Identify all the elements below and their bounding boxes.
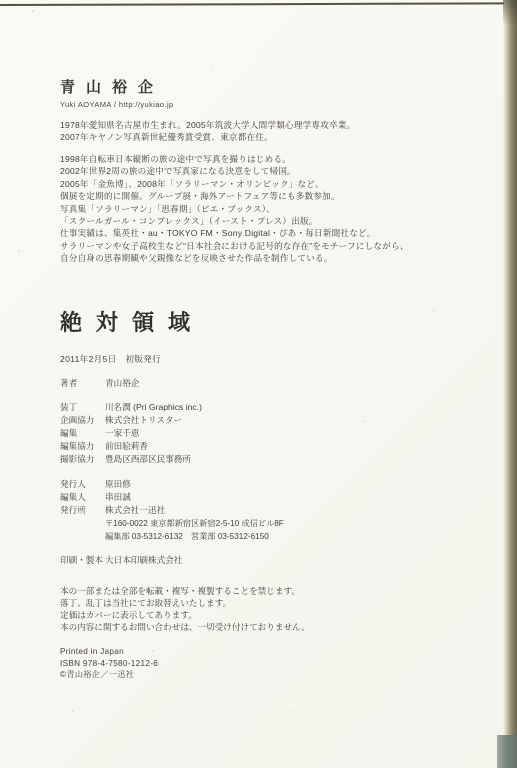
author-bio-statement: サラリーマンや女子高校生など“日本社会における記号的な存在”をモチーフにしながら… bbox=[60, 240, 409, 265]
bio-line: サラリーマンや女子高校生など“日本社会における記号的な存在”をモチーフにしながら… bbox=[60, 240, 409, 252]
credit-value: 青山裕企 bbox=[105, 377, 139, 390]
credit-label: 編集協力 bbox=[60, 440, 105, 453]
publisher-address-block: 〒160-0022 東京都新宿区新宿2-5-10 成信ビル8F 編集部 03-5… bbox=[105, 517, 284, 543]
credit-value: 串田誠 bbox=[105, 491, 131, 504]
credit-row-editor-person: 編集人 串田誠 bbox=[60, 491, 165, 504]
credit-label: 印刷・製本 bbox=[60, 554, 105, 567]
credit-value: 大日本印刷株式会社 bbox=[105, 554, 182, 567]
credit-label: 著者 bbox=[60, 377, 105, 390]
bio-line: 写真集「ソラリーマン」「思春期」（ピエ・ブックス）、 bbox=[60, 203, 376, 215]
credit-value: 一家千恵 bbox=[105, 427, 139, 440]
author-bio-career: 1998年自転車日本縦断の旅の途中で写真を撮りはじめる。 2002年世界2周の旅… bbox=[60, 153, 376, 240]
credit-label: 撮影協力 bbox=[60, 453, 105, 466]
credit-value: 原田修 bbox=[105, 478, 131, 491]
isbn-line: ISBN 978-4-7580-1212-6 bbox=[60, 658, 158, 670]
book-title: 絶対領域 bbox=[60, 306, 204, 337]
credits-block: 装丁 川名潤 (Pri Graphics inc.) 企画協力 株式会社トリスタ… bbox=[60, 401, 202, 466]
legal-notices-block: 本の一部または全部を転載・複写・複製することを禁じます。 落丁、乱丁は当社にてお… bbox=[60, 586, 310, 634]
credit-row-publisher-person: 発行人 原田修 bbox=[60, 478, 165, 491]
paper-noise-specks bbox=[32, 10, 34, 12]
imprint-footer-block: Printed in Japan ISBN 978-4-7580-1212-6 … bbox=[60, 646, 158, 681]
author-romaji-url: Yuki AOYAMA / http://yukiao.jp bbox=[60, 100, 174, 109]
bio-line: 2007年キヤノン写真新世紀優秀賞受賞、東京都在住。 bbox=[60, 131, 355, 143]
publisher-address-line: 〒160-0022 東京都新宿区新宿2-5-10 成信ビル8F bbox=[105, 517, 284, 530]
credit-row-editing-support: 編集協力 前田絵莉香 bbox=[60, 440, 202, 453]
credit-label: 編集 bbox=[60, 427, 105, 440]
bio-line: 個展を定期的に開催。グループ展・海外アートフェア等にも多数参加。 bbox=[60, 190, 376, 202]
book-edge-shadow-top bbox=[503, 0, 517, 26]
credit-row-printing: 印刷・製本 大日本印刷株式会社 bbox=[60, 554, 182, 567]
credit-row-design: 装丁 川名潤 (Pri Graphics inc.) bbox=[60, 401, 202, 414]
credit-label: 発行所 bbox=[60, 504, 105, 517]
printed-in-line: Printed in Japan bbox=[60, 646, 158, 658]
credit-label: 発行人 bbox=[60, 478, 105, 491]
edition-date-line: 2011年2月5日 初版発行 bbox=[60, 353, 161, 365]
scan-edge-top-line bbox=[0, 2, 517, 6]
credit-row-photo-support: 撮影協力 豊島区西部区民事務所 bbox=[60, 453, 202, 466]
credit-value: 前田絵莉香 bbox=[105, 440, 148, 453]
credit-row-editing: 編集 一家千恵 bbox=[60, 427, 202, 440]
credit-value: 川名潤 (Pri Graphics inc.) bbox=[105, 401, 202, 414]
credit-value: 株式会社一迅社 bbox=[105, 504, 165, 517]
bio-line: 2002年世界2周の旅の途中で写真家になる決意をして帰国。 bbox=[60, 165, 376, 177]
bio-line: 自分自身の思春期観や父親像などを反映させた作品を制作している。 bbox=[60, 252, 409, 264]
author-name: 青山裕企 bbox=[60, 76, 164, 97]
credit-label: 企画協力 bbox=[60, 414, 105, 427]
bio-line: 「スクールガール・コンプレックス」（イースト・プレス）出版。 bbox=[60, 215, 376, 227]
copyright-line: ©青山裕企／一迅社 bbox=[60, 669, 158, 681]
bio-line: 1978年愛知県名古屋市生まれ。2005年筑波大学人間学類心理学専攻卒業。 bbox=[60, 119, 355, 131]
credit-row-author: 著者 青山裕企 bbox=[60, 377, 139, 390]
credit-row-planning: 企画協力 株式会社トリスター bbox=[60, 414, 202, 427]
author-bio-intro: 1978年愛知県名古屋市生まれ。2005年筑波大学人間学類心理学専攻卒業。 20… bbox=[60, 119, 355, 144]
credit-value: 豊島区西部区民事務所 bbox=[105, 453, 191, 466]
bio-line: 仕事実績は、集英社・au・TOKYO FM・Sony Digital・ぴあ・毎日… bbox=[60, 227, 376, 239]
bio-line: 2005年「金魚博」、2008年「ソラリーマン・オリンピック」など、 bbox=[60, 178, 376, 190]
notice-line: 落丁、乱丁は当社にてお取替えいたします。 bbox=[60, 598, 310, 610]
credit-label: 編集人 bbox=[60, 491, 105, 504]
credit-value: 株式会社トリスター bbox=[105, 414, 182, 427]
notice-line: 定価はカバーに表示してあります。 bbox=[60, 610, 310, 622]
publishing-block: 発行人 原田修 編集人 串田誠 発行所 株式会社一迅社 bbox=[60, 478, 165, 517]
publisher-phone-line: 編集部 03-5312-6132 営業部 03-5312-6150 bbox=[105, 530, 284, 543]
notice-line: 本の内容に関するお問い合わせは、一切受け付けておりません。 bbox=[60, 622, 310, 634]
bio-line: 1998年自転車日本縦断の旅の途中で写真を撮りはじめる。 bbox=[60, 153, 376, 165]
credit-label: 装丁 bbox=[60, 401, 105, 414]
credit-row-publisher-company: 発行所 株式会社一迅社 bbox=[60, 504, 165, 517]
book-edge-shadow bbox=[503, 0, 517, 768]
scan-corner-shadow bbox=[497, 735, 517, 768]
notice-line: 本の一部または全部を転載・複写・複製することを禁じます。 bbox=[60, 586, 310, 598]
book-colophon-page: 青山裕企 Yuki AOYAMA / http://yukiao.jp 1978… bbox=[0, 0, 517, 768]
